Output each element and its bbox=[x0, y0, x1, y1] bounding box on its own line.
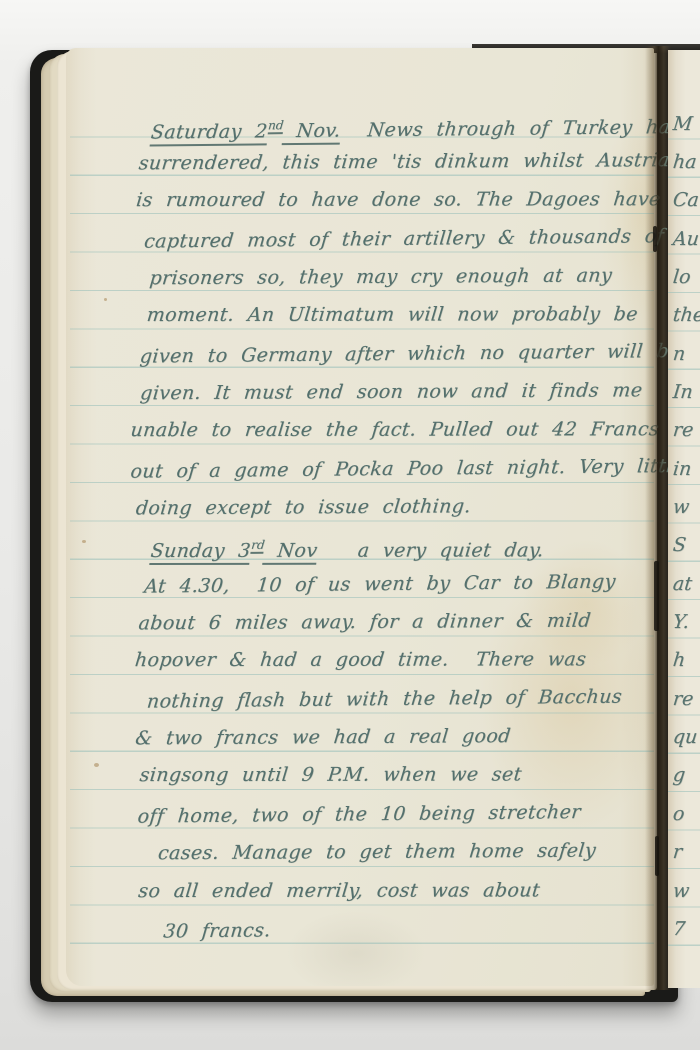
page-fragment: at bbox=[671, 567, 694, 601]
binding-wear-mark bbox=[654, 561, 659, 631]
diary-line: is rumoured to have done so. The Dagoes … bbox=[134, 182, 700, 217]
diary-text-segment: cases. Manage to get them home safely bbox=[157, 840, 597, 865]
page-fragment: lo bbox=[671, 260, 692, 294]
diary-text-segment: about 6 miles away. for a dinner & mild bbox=[138, 610, 592, 635]
diary-text-segment: given to Germany after which no quarter … bbox=[139, 340, 682, 368]
entry-date-heading: Saturday 2 bbox=[150, 120, 269, 146]
entry-date-heading: Nov. bbox=[282, 119, 342, 145]
diary-text-segment: given. It must end soon now and it finds… bbox=[139, 379, 643, 404]
binding-wear-mark bbox=[653, 226, 657, 252]
diary-text-segment: hopover & had a good time. There was bbox=[134, 649, 588, 672]
diary-line: captured most of their artillery & thous… bbox=[143, 218, 700, 258]
diary-line: prisoners so, they may cry enough at any bbox=[148, 258, 700, 296]
diary-text-segment: out of a game of Pocka Poo last night. V… bbox=[130, 455, 686, 483]
page-fragment: In bbox=[671, 375, 694, 409]
diary-line: Sunday 3rd Nov a very quiet day. bbox=[150, 527, 700, 562]
diary-line: about 6 miles away. for a dinner & mild bbox=[137, 603, 700, 641]
diary-text-segment: so all ended merrily, cost was about bbox=[137, 879, 541, 902]
diary-line: unable to realise the fact. Pulled out 4… bbox=[129, 412, 700, 447]
page-fragment: in bbox=[671, 452, 693, 486]
page-fragment: M bbox=[671, 107, 694, 141]
diary-line: 30 francs. bbox=[162, 908, 700, 948]
diary-line: out of a game of Pocka Poo last night. V… bbox=[129, 448, 700, 488]
diary-line: so all ended merrily, cost was about bbox=[137, 873, 700, 908]
page-fragment: the bbox=[671, 298, 700, 332]
diary-text-layer: Saturday 2nd Nov. News through of Turkey… bbox=[63, 46, 657, 988]
page-fragment: re bbox=[671, 413, 695, 447]
diary-line: nothing flash but with the help of Bacch… bbox=[145, 678, 700, 718]
diary-text-segment: At 4.30, 10 of us went by Car to Blangy bbox=[143, 570, 616, 597]
page-fragment: qu bbox=[671, 720, 699, 754]
diary-text-segment: unable to realise the fact. Pulled out 4… bbox=[129, 418, 660, 441]
page-fragment: Ca bbox=[671, 183, 700, 217]
diary-text-segment: off home, two of the 10 being stretcher bbox=[137, 801, 582, 828]
diary-text-segment: is rumoured to have done so. The Dagoes … bbox=[135, 188, 662, 211]
diary-line: & two francs we had a real good bbox=[134, 718, 700, 756]
diary-line: surrendered, this time 'tis dinkum whils… bbox=[137, 143, 700, 181]
diary-line: cases. Manage to get them home safely bbox=[156, 833, 700, 871]
diary-line: doing except to issue clothing. bbox=[134, 488, 700, 526]
diary-line: At 4.30, 10 of us went by Car to Blangy bbox=[143, 563, 700, 603]
page-fragment: re bbox=[671, 682, 695, 716]
photo-backdrop: Saturday 2nd Nov. News through of Turkey… bbox=[0, 0, 700, 1050]
diary-text-segment: captured most of their artillery & thous… bbox=[143, 225, 665, 252]
diary-line: moment. An Ultimatum will now probably b… bbox=[145, 297, 700, 332]
diary-left-page: Saturday 2nd Nov. News through of Turkey… bbox=[66, 48, 654, 986]
diary-text-segment: nothing flash but with the help of Bacch… bbox=[146, 685, 623, 712]
diary-right-page: MhaCaAulothenInreinwSatY.hrequgorw7 bbox=[668, 50, 700, 988]
entry-date-heading: nd bbox=[267, 118, 284, 134]
diary-line: given. It must end soon now and it finds… bbox=[139, 373, 700, 411]
diary-text-segment: doing except to issue clothing. bbox=[135, 495, 472, 519]
entry-date-heading: Nov bbox=[263, 540, 319, 565]
page-fragment: ha bbox=[671, 145, 698, 179]
diary-line: Saturday 2nd Nov. News through of Turkey… bbox=[150, 103, 700, 143]
diary-text-segment: singsong until 9 P.M. when we set bbox=[139, 764, 523, 787]
diary-line: singsong until 9 P.M. when we set bbox=[138, 757, 700, 792]
diary-line: hopover & had a good time. There was bbox=[133, 642, 700, 677]
diary-text-segment: moment. An Ultimatum will now probably b… bbox=[146, 303, 639, 326]
page-fragment: w bbox=[671, 874, 691, 908]
diary-text-segment: & two francs we had a real good bbox=[134, 725, 512, 749]
diary-text-segment: a very quiet day. bbox=[316, 540, 545, 562]
diary-line: given to Germany after which no quarter … bbox=[138, 333, 700, 373]
diary-text-segment: surrendered, this time 'tis dinkum whils… bbox=[138, 149, 671, 174]
entry-date-heading: Sunday 3 bbox=[149, 540, 252, 565]
binding-wear-mark bbox=[655, 836, 659, 876]
diary-text-segment: 30 francs. bbox=[162, 919, 271, 942]
page-fragment: Au bbox=[671, 222, 700, 256]
diary-line: off home, two of the 10 being stretcher bbox=[136, 793, 700, 833]
diary-text-segment: prisoners so, they may cry enough at any bbox=[148, 264, 613, 289]
